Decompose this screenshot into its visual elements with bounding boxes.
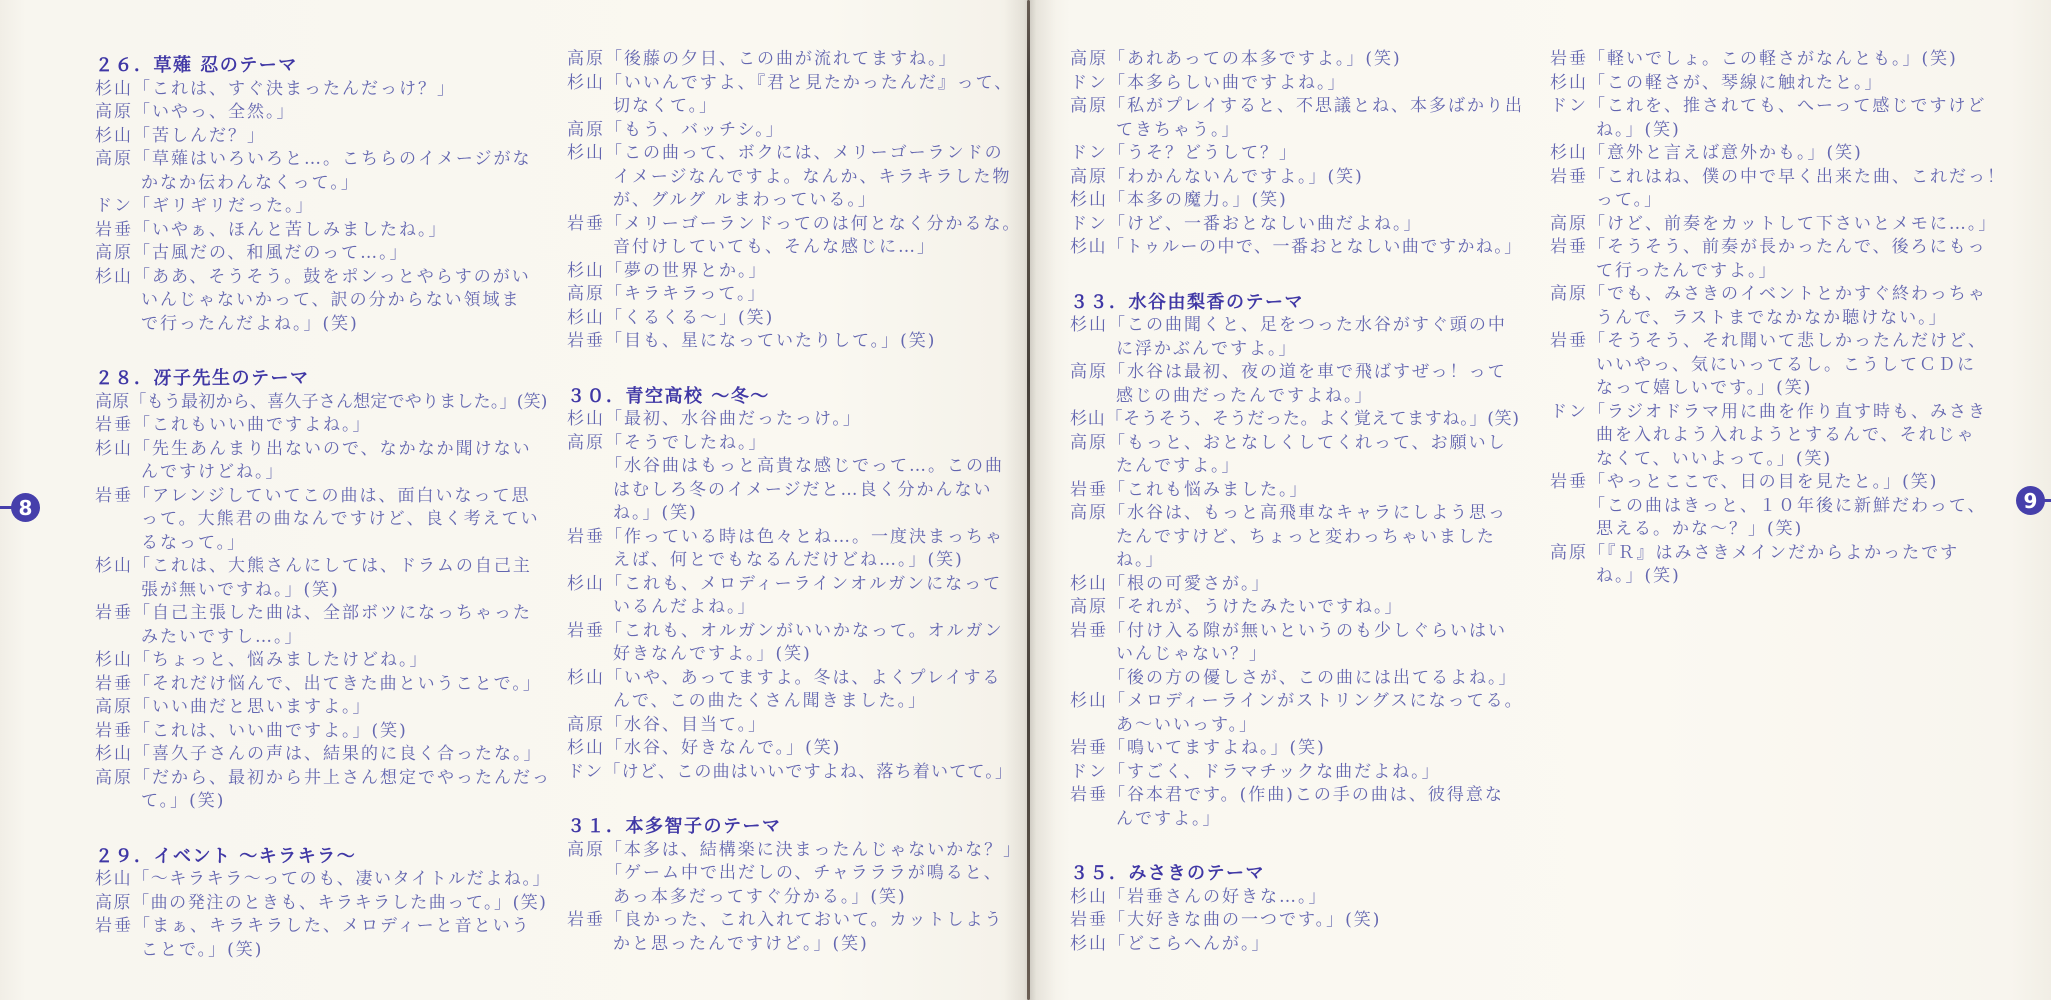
speaker-name: 高原 bbox=[95, 768, 133, 788]
speaker-name: 高原 bbox=[1070, 49, 1108, 69]
dialogue-line-continuation: で行ったんだよね。」(笑) bbox=[95, 313, 560, 337]
dialogue-line: 杉山「これは、大熊さんにしては、ドラムの自己主 bbox=[95, 555, 560, 579]
dialogue-line: 岩垂「目も、星になっていたりして。」(笑) bbox=[567, 330, 1022, 354]
speaker-name: 杉山 bbox=[567, 409, 605, 429]
dialogue-line: 杉山「いや、あってますよ。冬は、よくプレイする bbox=[567, 667, 1022, 691]
dialogue-line: ドン「これを、推されても、へーって感じですけど bbox=[1550, 95, 2020, 119]
speaker-name: 高原 bbox=[567, 840, 605, 860]
speaker-name: 高原 bbox=[567, 284, 605, 304]
speaker-name: 杉山 bbox=[95, 267, 133, 287]
speaker-name: 岩垂 bbox=[1070, 621, 1108, 641]
dialogue-line: 杉山「ちょっと、悩みましたけどね。」 bbox=[95, 649, 560, 673]
dialogue-line: 岩垂「軽いでしょ。この軽さがなんとも。」(笑) bbox=[1550, 48, 2020, 72]
speaker-name: 高原 bbox=[1550, 284, 1588, 304]
dialogue-line-continuation: いんじゃない？」 bbox=[1070, 643, 1532, 667]
dialogue-line-continuation: て。」(笑) bbox=[95, 790, 560, 814]
dialogue-line: 高原「水谷は最初、夜の道を車で飛ばすぜっ！って bbox=[1070, 361, 1532, 385]
dialogue-line: 杉山「ああ、そうそう。鼓をポンっとやらすのがい bbox=[95, 266, 560, 290]
dialogue-line: 「水谷曲はもっと高貴な感じでって…。この曲 bbox=[567, 455, 1022, 479]
dialogue-line: 岩垂「付け入る隙が無いというのも少しぐらいはい bbox=[1070, 620, 1532, 644]
dialogue-line: 高原「本多は、結構楽に決まったんじゃないかな？」 bbox=[567, 839, 1022, 863]
dialogue-line: 杉山「先生あんまり出ないので、なかなか聞けない bbox=[95, 438, 560, 462]
speaker-name: 高原 bbox=[567, 715, 605, 735]
dialogue-line-continuation: あ～いいっす。」 bbox=[1070, 714, 1532, 738]
dialogue-line-continuation: たんですけど、ちょっと変わっちゃいました bbox=[1070, 526, 1532, 550]
text-column-3: 高原「あれあっての本多ですよ。」(笑)ドン「本多らしい曲ですよね。」高原「私がプ… bbox=[1070, 48, 1532, 956]
dialogue-line: 高原「『Ｒ』はみさきメインだからよかったです bbox=[1550, 542, 2020, 566]
speaker-name: 杉山 bbox=[1070, 237, 1107, 257]
dialogue-line: 高原「それが、うけたみたいですね。」 bbox=[1070, 596, 1532, 620]
dialogue-line: 岩垂「そうそう、前奏が長かったんで、後ろにもっ bbox=[1550, 236, 2020, 260]
speaker-name: ドン bbox=[1550, 96, 1588, 116]
track-heading: ３０．青空高校 ～冬～ bbox=[567, 385, 1022, 409]
speaker-name: 岩垂 bbox=[1070, 480, 1108, 500]
dialogue-line: 杉山「どこらへんが。」 bbox=[1070, 933, 1532, 957]
dialogue-line-continuation: いいやっ、気にいってるし。こうしてＣＤに bbox=[1550, 354, 2020, 378]
speaker-name: 高原 bbox=[95, 149, 133, 169]
dialogue-line: 高原「古風だの、和風だのって…。」 bbox=[95, 242, 560, 266]
track-heading: ２９．イベント ～キラキラ～ bbox=[95, 845, 560, 869]
dialogue-line: 高原「キラキラって。」 bbox=[567, 283, 1022, 307]
speaker-name: 高原 bbox=[95, 697, 133, 717]
dialogue-line: 岩垂「良かった、これ入れておいて。カットしよう bbox=[567, 909, 1022, 933]
dialogue-line: 杉山「これは、すぐ決まったんだっけ？」 bbox=[95, 78, 560, 102]
dialogue-line: 高原「わかんないんですよ。」(笑) bbox=[1070, 166, 1532, 190]
dialogue-line: ドン「けど、一番おとなしい曲だよね。」 bbox=[1070, 213, 1532, 237]
speaker-name: 高原 bbox=[1070, 503, 1108, 523]
dialogue-line-continuation: なって嬉しいです。」(笑) bbox=[1550, 377, 2020, 401]
speaker-name: 杉山 bbox=[1070, 190, 1108, 210]
dialogue-line: 岩垂「アレンジしていてこの曲は、面白いなって思 bbox=[95, 485, 560, 509]
dialogue-line-continuation: 思える。かな～？」(笑) bbox=[1550, 518, 2020, 542]
speaker-name: 岩垂 bbox=[95, 220, 133, 240]
speaker-name: 岩垂 bbox=[95, 721, 133, 741]
dialogue-line-continuation: 感じの曲だったんですよね。」 bbox=[1070, 385, 1532, 409]
speaker-name: 杉山 bbox=[567, 574, 605, 594]
dialogue-line-continuation: いんじゃないかって、訳の分からない領域ま bbox=[95, 289, 560, 313]
dialogue-line-continuation: んですけどね。」 bbox=[95, 461, 560, 485]
speaker-name: 杉山 bbox=[567, 308, 605, 328]
dialogue-line-continuation: んですよ。」 bbox=[1070, 808, 1532, 832]
speaker-name: 杉山 bbox=[1070, 887, 1108, 907]
dialogue-line: 高原「水谷は、もっと高飛車なキャラにしよう思っ bbox=[1070, 502, 1532, 526]
dialogue-line-continuation: はむしろ冬のイメージだと…良く分かんない bbox=[567, 479, 1022, 503]
dialogue-line-continuation: みたいですし…。」 bbox=[95, 626, 560, 650]
speaker-name: 高原 bbox=[567, 120, 605, 140]
speaker-name: 岩垂 bbox=[95, 415, 133, 435]
speaker-name: 高原 bbox=[1070, 96, 1108, 116]
dialogue-line: 「この曲はきっと、１０年後に新鮮だわって、 bbox=[1550, 495, 2020, 519]
dialogue-line-continuation: って。大熊君の曲なんですけど、良く考えてい bbox=[95, 508, 560, 532]
dialogue-line: 高原「でも、みさきのイベントとかすぐ終わっちゃ bbox=[1550, 283, 2020, 307]
dialogue-line: 岩垂「大好きな曲の一つです。」(笑) bbox=[1070, 909, 1532, 933]
speaker-name: 岩垂 bbox=[567, 527, 605, 547]
dialogue-line: ドン「すごく、ドラマチックな曲だよね。」 bbox=[1070, 761, 1532, 785]
speaker-name: 高原 bbox=[1070, 433, 1108, 453]
speaker-name: ドン bbox=[1550, 402, 1588, 422]
dialogue-line: 杉山「くるくる～」(笑) bbox=[567, 307, 1022, 331]
dialogue-line: 岩垂「そうそう、それ聞いて悲しかったんだけど、 bbox=[1550, 330, 2020, 354]
dialogue-line: 杉山「岩垂さんの好きな…。」 bbox=[1070, 886, 1532, 910]
dialogue-line-continuation: が、グルグ ルまわっている。」 bbox=[567, 189, 1022, 213]
speaker-name: 高原 bbox=[1070, 167, 1108, 187]
dialogue-line-continuation: ね。」 bbox=[1070, 549, 1532, 573]
dialogue-line: 「ゲーム中で出だしの、チャラララが鳴ると、 bbox=[567, 862, 1022, 886]
speaker-name: ドン bbox=[1070, 73, 1108, 93]
speaker-name: 杉山 bbox=[95, 439, 133, 459]
dialogue-line: 高原「あれあっての本多ですよ。」(笑) bbox=[1070, 48, 1532, 72]
dialogue-line: 岩垂「これはね、僕の中で早く出来た曲、これだっ！ bbox=[1550, 166, 2020, 190]
dialogue-line: ドン「本多らしい曲ですよね。」 bbox=[1070, 72, 1532, 96]
speaker-name: ドン bbox=[567, 762, 603, 782]
dialogue-line-continuation: いるんだよね。」 bbox=[567, 596, 1022, 620]
speaker-name: 高原 bbox=[95, 392, 129, 412]
speaker-name: 杉山 bbox=[95, 126, 133, 146]
speaker-name: 高原 bbox=[1550, 214, 1588, 234]
dialogue-line-continuation: 切なくて。」 bbox=[567, 95, 1022, 119]
dialogue-line-continuation: なくて、いいよって。」(笑) bbox=[1550, 448, 2020, 472]
speaker-name: 高原 bbox=[1070, 362, 1108, 382]
dialogue-line: 杉山「意外と言えば意外かも。」(笑) bbox=[1550, 142, 2020, 166]
dialogue-line-continuation: 好きなんですよ。」(笑) bbox=[567, 643, 1022, 667]
dialogue-line: 高原「私がプレイすると、不思議とね、本多ばかり出 bbox=[1070, 95, 1532, 119]
speaker-name: 杉山 bbox=[1070, 315, 1108, 335]
dialogue-line-continuation: 曲を入れよう入れようとするんで、それじゃ bbox=[1550, 424, 2020, 448]
dialogue-line: 岩垂「これもいい曲ですよね。」 bbox=[95, 414, 560, 438]
speaker-name: ドン bbox=[1070, 762, 1108, 782]
speaker-name: 杉山 bbox=[567, 143, 605, 163]
dialogue-line-continuation: イメージなんですよ。なんか、キラキラした物 bbox=[567, 166, 1022, 190]
dialogue-line-continuation: えば、何とでもなるんだけどね…。」(笑) bbox=[567, 549, 1022, 573]
dialogue-line: 高原「水谷、目当て。」 bbox=[567, 714, 1022, 738]
speaker-name: ドン bbox=[1070, 143, 1108, 163]
speaker-name: 岩垂 bbox=[1550, 472, 1588, 492]
dialogue-line: 高原「後藤の夕日、この曲が流れてますね。」 bbox=[567, 48, 1022, 72]
speaker-name: 岩垂 bbox=[1550, 167, 1588, 187]
dialogue-line: 杉山「水谷、好きなんで。」(笑) bbox=[567, 737, 1022, 761]
text-column-1: ２６．草薙 忍のテーマ杉山「これは、すぐ決まったんだっけ？」高原「いやっ、全然。… bbox=[95, 54, 560, 962]
speaker-name: 岩垂 bbox=[1070, 910, 1108, 930]
dialogue-line: 岩垂「谷本君です。(作曲)この手の曲は、彼得意な bbox=[1070, 784, 1532, 808]
speaker-name: 岩垂 bbox=[95, 603, 133, 623]
speaker-name: 杉山 bbox=[95, 744, 133, 764]
dialogue-line-continuation: かと思ったんですけど。」(笑) bbox=[567, 933, 1022, 957]
text-column-4: 岩垂「軽いでしょ。この軽さがなんとも。」(笑)杉山「この軽さが、琴線に触れたと。… bbox=[1550, 48, 2020, 589]
dialogue-line-continuation: ね。」(笑) bbox=[1550, 119, 2020, 143]
dialogue-line: 岩垂「やっとここで、日の目を見たと。」(笑) bbox=[1550, 471, 2020, 495]
speaker-name: 高原 bbox=[567, 433, 605, 453]
track-heading: ３１．本多智子のテーマ bbox=[567, 815, 1022, 839]
speaker-name: 杉山 bbox=[1070, 409, 1105, 429]
dialogue-line: 杉山「この軽さが、琴線に触れたと。」 bbox=[1550, 72, 2020, 96]
dialogue-line: 岩垂「それだけ悩んで、出てきた曲ということで。」 bbox=[95, 673, 560, 697]
dialogue-line: 高原「けど、前奏をカットして下さいとメモに…。」 bbox=[1550, 213, 2020, 237]
dialogue-line-continuation: てきちゃう。」 bbox=[1070, 119, 1532, 143]
speaker-name: ドン bbox=[1070, 214, 1108, 234]
speaker-name: 杉山 bbox=[1070, 934, 1108, 954]
speaker-name: 杉山 bbox=[95, 650, 133, 670]
speaker-name: 岩垂 bbox=[567, 214, 605, 234]
dialogue-line: 高原「もう最初から、喜久子さん想定でやりました。」(笑) bbox=[95, 391, 560, 415]
text-column-2: 高原「後藤の夕日、この曲が流れてますね。」杉山「いいんですよ、『君と見たかったん… bbox=[567, 48, 1022, 956]
dialogue-line: 岩垂「自己主張した曲は、全部ボツになっちゃった bbox=[95, 602, 560, 626]
speaker-name: 岩垂 bbox=[1550, 237, 1588, 257]
dialogue-line: 「後の方の優しさが、この曲には出てるよね。」 bbox=[1070, 667, 1532, 691]
dialogue-line-continuation: たんですよ。」 bbox=[1070, 455, 1532, 479]
booklet-spread: ２６．草薙 忍のテーマ杉山「これは、すぐ決まったんだっけ？」高原「いやっ、全然。… bbox=[0, 0, 2051, 1000]
track-heading: ３５．みさきのテーマ bbox=[1070, 862, 1532, 886]
page-number-dash-right bbox=[2044, 499, 2051, 502]
dialogue-line: 高原「そうでしたね。」 bbox=[567, 432, 1022, 456]
dialogue-line: 杉山「そうそう、そうだった。よく覚えてますね。」(笑) bbox=[1070, 408, 1532, 432]
dialogue-line: 高原「もう、バッチシ。」 bbox=[567, 119, 1022, 143]
dialogue-line: 岩垂「メリーゴーランドってのは何となく分かるな。 bbox=[567, 213, 1022, 237]
track-heading: ３３．水谷由梨香のテーマ bbox=[1070, 291, 1532, 315]
speaker-name: 岩垂 bbox=[95, 674, 133, 694]
speaker-name: 岩垂 bbox=[1550, 331, 1588, 351]
dialogue-line: 杉山「いいんですよ、『君と見たかったんだ』って、 bbox=[567, 72, 1022, 96]
dialogue-line: 杉山「これも、メロディーラインオルガンになって bbox=[567, 573, 1022, 597]
speaker-name: 杉山 bbox=[95, 79, 133, 99]
page-number-badge-right: 9 bbox=[2016, 486, 2045, 515]
dialogue-line: 岩垂「これも悩みました。」 bbox=[1070, 479, 1532, 503]
dialogue-line: 岩垂「これも、オルガンがいいかなって。オルガン bbox=[567, 620, 1022, 644]
dialogue-line: 杉山「～キラキラ～ってのも、凄いタイトルだよね。」 bbox=[95, 868, 560, 892]
dialogue-line: 岩垂「これは、いい曲ですよ。」(笑) bbox=[95, 720, 560, 744]
dialogue-line-continuation: ね。」(笑) bbox=[567, 502, 1022, 526]
dialogue-line-continuation: ことで。」(笑) bbox=[95, 939, 560, 963]
dialogue-line-continuation: んで、この曲たくさん聞きました。」 bbox=[567, 690, 1022, 714]
dialogue-line-continuation: るなって。」 bbox=[95, 532, 560, 556]
speaker-name: 岩垂 bbox=[1070, 785, 1108, 805]
speaker-name: 高原 bbox=[95, 893, 132, 913]
speaker-name: 杉山 bbox=[1070, 691, 1108, 711]
speaker-name: ドン bbox=[95, 196, 133, 216]
speaker-name: 岩垂 bbox=[95, 916, 133, 936]
dialogue-line: 杉山「夢の世界とか。」 bbox=[567, 260, 1022, 284]
speaker-name: 高原 bbox=[1550, 543, 1588, 563]
dialogue-line: 岩垂「作っている時は色々とね…。一度決まっちゃ bbox=[567, 526, 1022, 550]
dialogue-line-continuation: 張が無いですね。」(笑) bbox=[95, 579, 560, 603]
speaker-name: 岩垂 bbox=[1070, 738, 1108, 758]
speaker-name: 高原 bbox=[1070, 597, 1108, 617]
speaker-name: 杉山 bbox=[1550, 143, 1588, 163]
track-heading: ２８．冴子先生のテーマ bbox=[95, 367, 560, 391]
dialogue-line-continuation: あっ本多だってすぐ分かる。」(笑) bbox=[567, 886, 1022, 910]
speaker-name: 岩垂 bbox=[567, 910, 605, 930]
dialogue-line-continuation: に浮かぶんですよ。」 bbox=[1070, 338, 1532, 362]
dialogue-line-continuation: ね。」(笑) bbox=[1550, 565, 2020, 589]
dialogue-line: 杉山「苦しんだ？」 bbox=[95, 125, 560, 149]
speaker-name: 岩垂 bbox=[95, 486, 133, 506]
speaker-name: 杉山 bbox=[567, 261, 605, 281]
dialogue-line: 岩垂「まぁ、キラキラした、メロディーと音という bbox=[95, 915, 560, 939]
dialogue-line-continuation: て行ったんですよ。」 bbox=[1550, 260, 2020, 284]
speaker-name: 高原 bbox=[95, 243, 133, 263]
dialogue-line: 杉山「根の可愛さが。」 bbox=[1070, 573, 1532, 597]
dialogue-line: ドン「ギリギリだった。」 bbox=[95, 195, 560, 219]
speaker-name: 高原 bbox=[95, 102, 133, 122]
speaker-name: 杉山 bbox=[567, 668, 605, 688]
dialogue-line: 杉山「最初、水谷曲だったっけ。」 bbox=[567, 408, 1022, 432]
dialogue-line-continuation: うんで、ラストまでなかなか聴けない。」 bbox=[1550, 307, 2020, 331]
speaker-name: 杉山 bbox=[1070, 574, 1108, 594]
speaker-name: 岩垂 bbox=[567, 331, 605, 351]
speaker-name: 杉山 bbox=[95, 869, 132, 889]
dialogue-line: 杉山「この曲って、ボクには、メリーゴーランドの bbox=[567, 142, 1022, 166]
dialogue-line: 岩垂「鳴いてますよね。」(笑) bbox=[1070, 737, 1532, 761]
speaker-name: 岩垂 bbox=[1550, 49, 1588, 69]
dialogue-line: 高原「だから、最初から井上さん想定でやったんだっ bbox=[95, 767, 560, 791]
dialogue-line: ドン「うそ？どうして？」 bbox=[1070, 142, 1532, 166]
dialogue-line: 高原「曲の発注のときも、キラキラした曲って。」(笑) bbox=[95, 892, 560, 916]
track-heading: ２６．草薙 忍のテーマ bbox=[95, 54, 560, 78]
dialogue-line: ドン「ラジオドラマ用に曲を作り直す時も、みさき bbox=[1550, 401, 2020, 425]
dialogue-line: 杉山「トゥルーの中で、一番おとなしい曲ですかね。」 bbox=[1070, 236, 1532, 260]
dialogue-line: 杉山「喜久子さんの声は、結果的に良く合ったな。」 bbox=[95, 743, 560, 767]
dialogue-line: 高原「もっと、おとなしくしてくれって、お願いし bbox=[1070, 432, 1532, 456]
dialogue-line: 杉山「本多の魔力。」(笑) bbox=[1070, 189, 1532, 213]
dialogue-line-continuation: かなか伝わんなくって。」 bbox=[95, 172, 560, 196]
speaker-name: 杉山 bbox=[567, 73, 605, 93]
dialogue-line: 高原「いい曲だと思いますよ。」 bbox=[95, 696, 560, 720]
dialogue-line: ドン「けど、この曲はいいですよね、落ち着いてて。」 bbox=[567, 761, 1022, 785]
dialogue-line-continuation: 音付けしていても、そんな感じに…」 bbox=[567, 236, 1022, 260]
dialogue-line: 高原「草薙はいろいろと…。こちらのイメージがな bbox=[95, 148, 560, 172]
dialogue-line: 杉山「メロディーラインがストリングスになってる。 bbox=[1070, 690, 1532, 714]
dialogue-line-continuation: って。」 bbox=[1550, 189, 2020, 213]
speaker-name: 高原 bbox=[567, 49, 605, 69]
dialogue-line: 高原「いやっ、全然。」 bbox=[95, 101, 560, 125]
dialogue-line: 杉山「この曲聞くと、足をつった水谷がすぐ頭の中 bbox=[1070, 314, 1532, 338]
speaker-name: 杉山 bbox=[1550, 73, 1588, 93]
page-number-badge-left: 8 bbox=[11, 493, 40, 522]
dialogue-line: 岩垂「いやぁ、ほんと苦しみましたね。」 bbox=[95, 219, 560, 243]
speaker-name: 岩垂 bbox=[567, 621, 605, 641]
speaker-name: 杉山 bbox=[567, 738, 605, 758]
speaker-name: 杉山 bbox=[95, 556, 133, 576]
